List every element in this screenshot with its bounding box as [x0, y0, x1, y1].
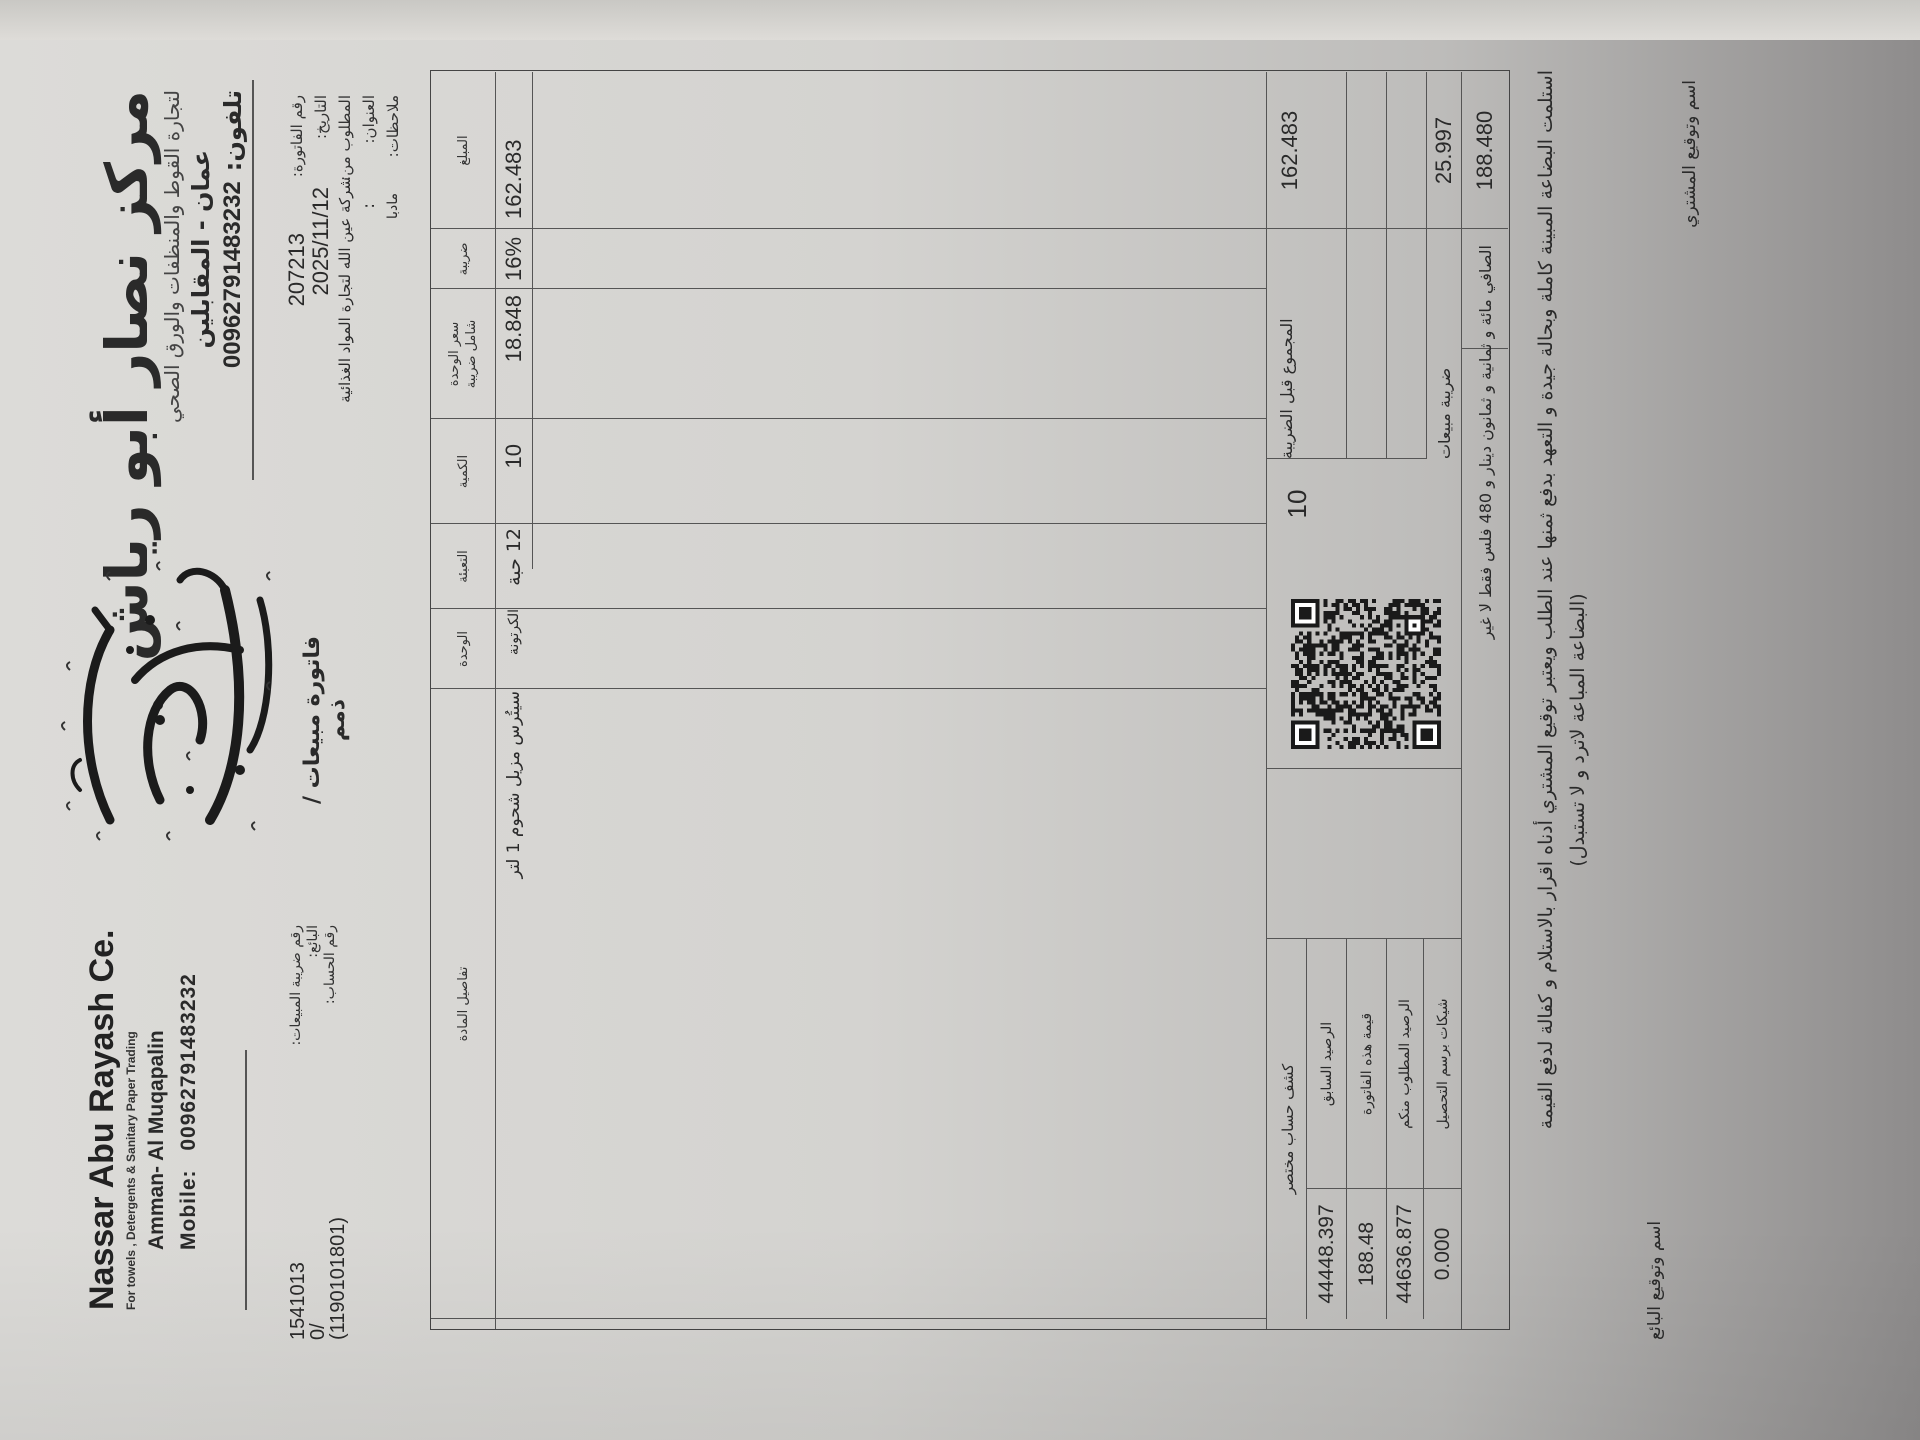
- qr-code-icon: [1291, 599, 1441, 749]
- notes-value: مادبا: [381, 173, 405, 219]
- declaration: استلمت البضاعة المبينة كاملة وبحالة جيدة…: [1530, 70, 1594, 1330]
- row-quantity: 10: [496, 419, 532, 524]
- buyer-signature-label: اسم وتوقيع المشتري: [1680, 80, 1700, 228]
- col-divider: [431, 418, 1266, 419]
- account-number: (1190101801): [328, 1217, 348, 1340]
- invoice-value-label: قيمة هذه الفاتورة: [1347, 939, 1386, 1189]
- invoice-info: رقم الفاتورة:207213 التاريخ:2025/11/12 ا…: [285, 95, 405, 515]
- sales-tax-value: 25.997: [1427, 72, 1461, 229]
- due-balance-label: الرصيد المطلوب منكم: [1387, 939, 1423, 1189]
- row-unit: الكرتونة: [496, 609, 532, 689]
- billed-to-label: المطلوب من:: [333, 95, 357, 173]
- header-amount: المبلغ: [431, 72, 495, 229]
- total-quantity: 10: [1267, 459, 1327, 549]
- billed-to: شركة عين الله لتجارة المواد الغذائية: [333, 173, 357, 403]
- prev-balance-value: 44448.397: [1307, 1189, 1346, 1319]
- seller-label: البائع:: [305, 925, 322, 1095]
- tax-number-label: رقم ضريبة المبيعات:: [288, 925, 305, 1095]
- company-city-english: Amman- Al Muqapalin: [140, 930, 174, 1310]
- checks-label: شيكات برسم التحصيل: [1424, 939, 1461, 1189]
- date-label: التاريخ:: [309, 95, 333, 173]
- account-summary-title: كشف حساب مختصر: [1279, 939, 1297, 1319]
- col-divider: [431, 288, 1266, 289]
- qr-divider: [1266, 768, 1461, 769]
- document-title: فاتورة مبيعات / ذمم: [300, 620, 350, 820]
- row-unit-price: 18.848: [496, 289, 532, 419]
- declaration-line-1: استلمت البضاعة المبينة كاملة وبحالة جيدة…: [1530, 70, 1562, 1330]
- company-subtitle-english: For towels , Detergents & Sanitary Paper…: [122, 930, 140, 1310]
- totals-row-line: [1386, 72, 1387, 459]
- due-balance-value: 44636.877: [1387, 1189, 1423, 1319]
- header-unit: الوحدة: [431, 609, 495, 689]
- notes-label: ملاحظات:: [381, 95, 405, 173]
- col-divider: [431, 523, 1266, 524]
- company-header-english: Nassar Abu Rayash Ce. For towels , Deter…: [82, 930, 204, 1310]
- item-row-divider: [532, 72, 533, 569]
- seller-value: 0/: [308, 1217, 328, 1340]
- header-packing: التعبئة: [431, 524, 495, 609]
- company-name-english: Nassar Abu Rayash Ce.: [82, 930, 122, 1310]
- declaration-line-2: (البضاعة المباعة لاترد و لا تستبدل): [1562, 70, 1594, 1330]
- sales-tax-label: ضريبة مبيعات: [1427, 229, 1461, 459]
- col-divider: [431, 1318, 1266, 1319]
- invoice-table: المبلغ ضريبة سعر الوحدة شامل ضريبة الكمي…: [430, 70, 1510, 1330]
- invoice-number: 207213: [285, 173, 309, 306]
- col-divider: [431, 688, 1266, 689]
- mobile-number: 00962791483232: [177, 973, 200, 1151]
- account-label: رقم الحساب:: [322, 925, 339, 1095]
- invoice-value: 188.48: [1347, 1189, 1386, 1319]
- invoice-page: مركز نصار أبو رياش لتجارة القوط والمنظفا…: [0, 0, 1920, 1440]
- calligraphy-logo-icon: [40, 540, 290, 880]
- header-tax: ضريبة: [431, 229, 495, 289]
- seller-signature-label: اسم وتوقيع البائع: [1645, 1221, 1665, 1340]
- address-label: العنوان:: [357, 95, 381, 173]
- header-divider-left: [245, 1050, 247, 1310]
- tax-number: 1541013: [288, 1217, 308, 1340]
- col-divider: [431, 608, 1266, 609]
- header-unit-price: سعر الوحدة شامل ضريبة: [431, 289, 495, 419]
- subtotal-label: المجموع قبل الضريبة: [1267, 229, 1347, 459]
- row-packing: 12 حبة: [496, 524, 532, 609]
- row-description: سيتُرس مزيل شحوم 1 لتر: [496, 689, 532, 1319]
- amount-in-words: الصافي مائة و ثمانية و ثمانون دينار و 48…: [1462, 229, 1508, 1329]
- mobile-label: Mobile:: [177, 1170, 200, 1251]
- net-value: 188.480: [1462, 72, 1508, 229]
- invoice-number-label: رقم الفاتورة:: [285, 95, 309, 173]
- address-value: :: [357, 173, 381, 209]
- invoice-date: 2025/11/12: [309, 173, 333, 295]
- header-description: تفاصيل المادة: [431, 689, 495, 1319]
- phone-arabic: 00962791483232: [217, 181, 249, 368]
- prev-balance-label: الرصيد السابق: [1307, 939, 1346, 1189]
- header-quantity: الكمية: [431, 419, 495, 524]
- row-amount: 162.483: [496, 69, 532, 229]
- row-tax: 16%: [496, 229, 532, 289]
- checks-value: 0.000: [1424, 1189, 1461, 1319]
- subtotal-value: 162.483: [1267, 72, 1347, 229]
- header-divider-right: [252, 80, 254, 480]
- phone-label-arabic: تلفون:: [217, 90, 249, 171]
